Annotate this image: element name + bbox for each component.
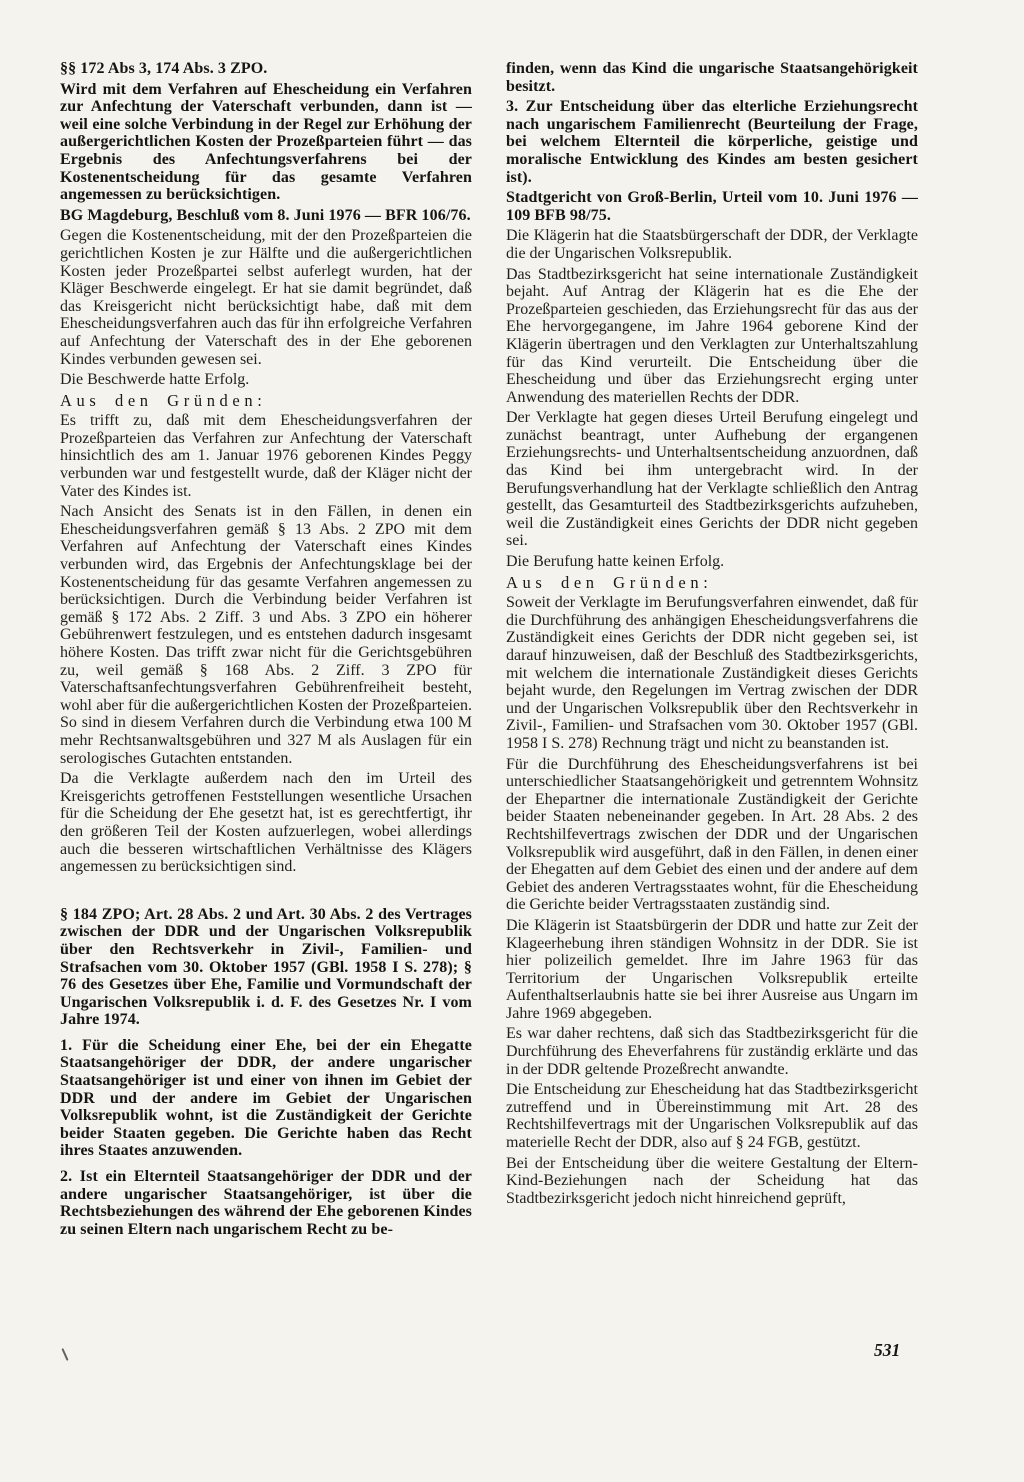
case1-facts-paragraph: Gegen die Kostenentscheidung, mit der de… — [60, 227, 472, 368]
case1-reasons-paragraph: Es trifft zu, daß mit dem Ehescheidungsv… — [60, 412, 472, 500]
case2-facts-paragraph: Das Stadtbezirksgericht hat seine intern… — [506, 266, 918, 407]
case1-court-citation: BG Magdeburg, Beschluß vom 8. Juni 1976 … — [60, 207, 472, 225]
case2-reasons-paragraph: Für die Durchführung des Ehescheidungsve… — [506, 756, 918, 914]
case2-reasons-paragraph: Es war daher rechtens, daß sich das Stad… — [506, 1025, 918, 1078]
case2-headnote-3: 3. Zur Entscheidung über das elterliche … — [506, 98, 918, 186]
case2-facts-result: Die Berufung hatte keinen Erfolg. — [506, 553, 918, 571]
journal-page: §§ 172 Abs 3, 174 Abs. 3 ZPO. Wird mit d… — [60, 60, 918, 1246]
case2-reasons-heading: Aus den Gründen: — [506, 574, 918, 592]
case2-reasons-paragraph: Die Klägerin ist Staatsbürgerin der DDR … — [506, 917, 918, 1023]
case2-headnote-1: 1. Für die Scheidung einer Ehe, bei der … — [60, 1037, 472, 1160]
case1-reasons-paragraph: Nach Ansicht des Senats ist in den Fälle… — [60, 503, 472, 767]
case2-reasons-paragraph: Soweit der Verklagte im Berufungsverfahr… — [506, 594, 918, 752]
case1-facts-result: Die Beschwerde hatte Erfolg. — [60, 371, 472, 389]
case-report-1: §§ 172 Abs 3, 174 Abs. 3 ZPO. Wird mit d… — [60, 60, 472, 876]
page-number: 531 — [874, 1340, 900, 1361]
case2-facts-paragraph: Die Klägerin hat die Staatsbürgerschaft … — [506, 227, 918, 262]
case-report-2-continued: finden, wenn das Kind die ungarische Sta… — [506, 60, 918, 1207]
case1-headnote: Wird mit dem Verfahren auf Ehescheidung … — [60, 81, 472, 204]
case1-reasons-paragraph: Da die Verklagte außerdem nach den im Ur… — [60, 770, 472, 876]
scan-artifact-mark — [61, 1348, 68, 1361]
case-report-2-headnotes: § 184 ZPO; Art. 28 Abs. 2 und Art. 30 Ab… — [60, 906, 472, 1239]
right-column: finden, wenn das Kind die ungarische Sta… — [506, 60, 918, 1246]
case2-headnote-2: 2. Ist ein Elternteil Staatsangehöriger … — [60, 1168, 472, 1238]
case2-court-citation: Stadtgericht von Groß-Berlin, Urteil vom… — [506, 189, 918, 224]
case2-headnote-2-continuation: finden, wenn das Kind die ungarische Sta… — [506, 60, 918, 95]
left-column: §§ 172 Abs 3, 174 Abs. 3 ZPO. Wird mit d… — [60, 60, 472, 1246]
case2-facts-paragraph: Der Verklagte hat gegen dieses Urteil Be… — [506, 409, 918, 550]
case2-reasons-paragraph: Bei der Entscheidung über die weitere Ge… — [506, 1155, 918, 1208]
case1-statute-heading: §§ 172 Abs 3, 174 Abs. 3 ZPO. — [60, 60, 472, 78]
case2-statute-heading: § 184 ZPO; Art. 28 Abs. 2 und Art. 30 Ab… — [60, 906, 472, 1029]
case2-reasons-paragraph: Die Entscheidung zur Ehescheidung hat da… — [506, 1081, 918, 1151]
case1-reasons-heading: Aus den Gründen: — [60, 392, 472, 410]
